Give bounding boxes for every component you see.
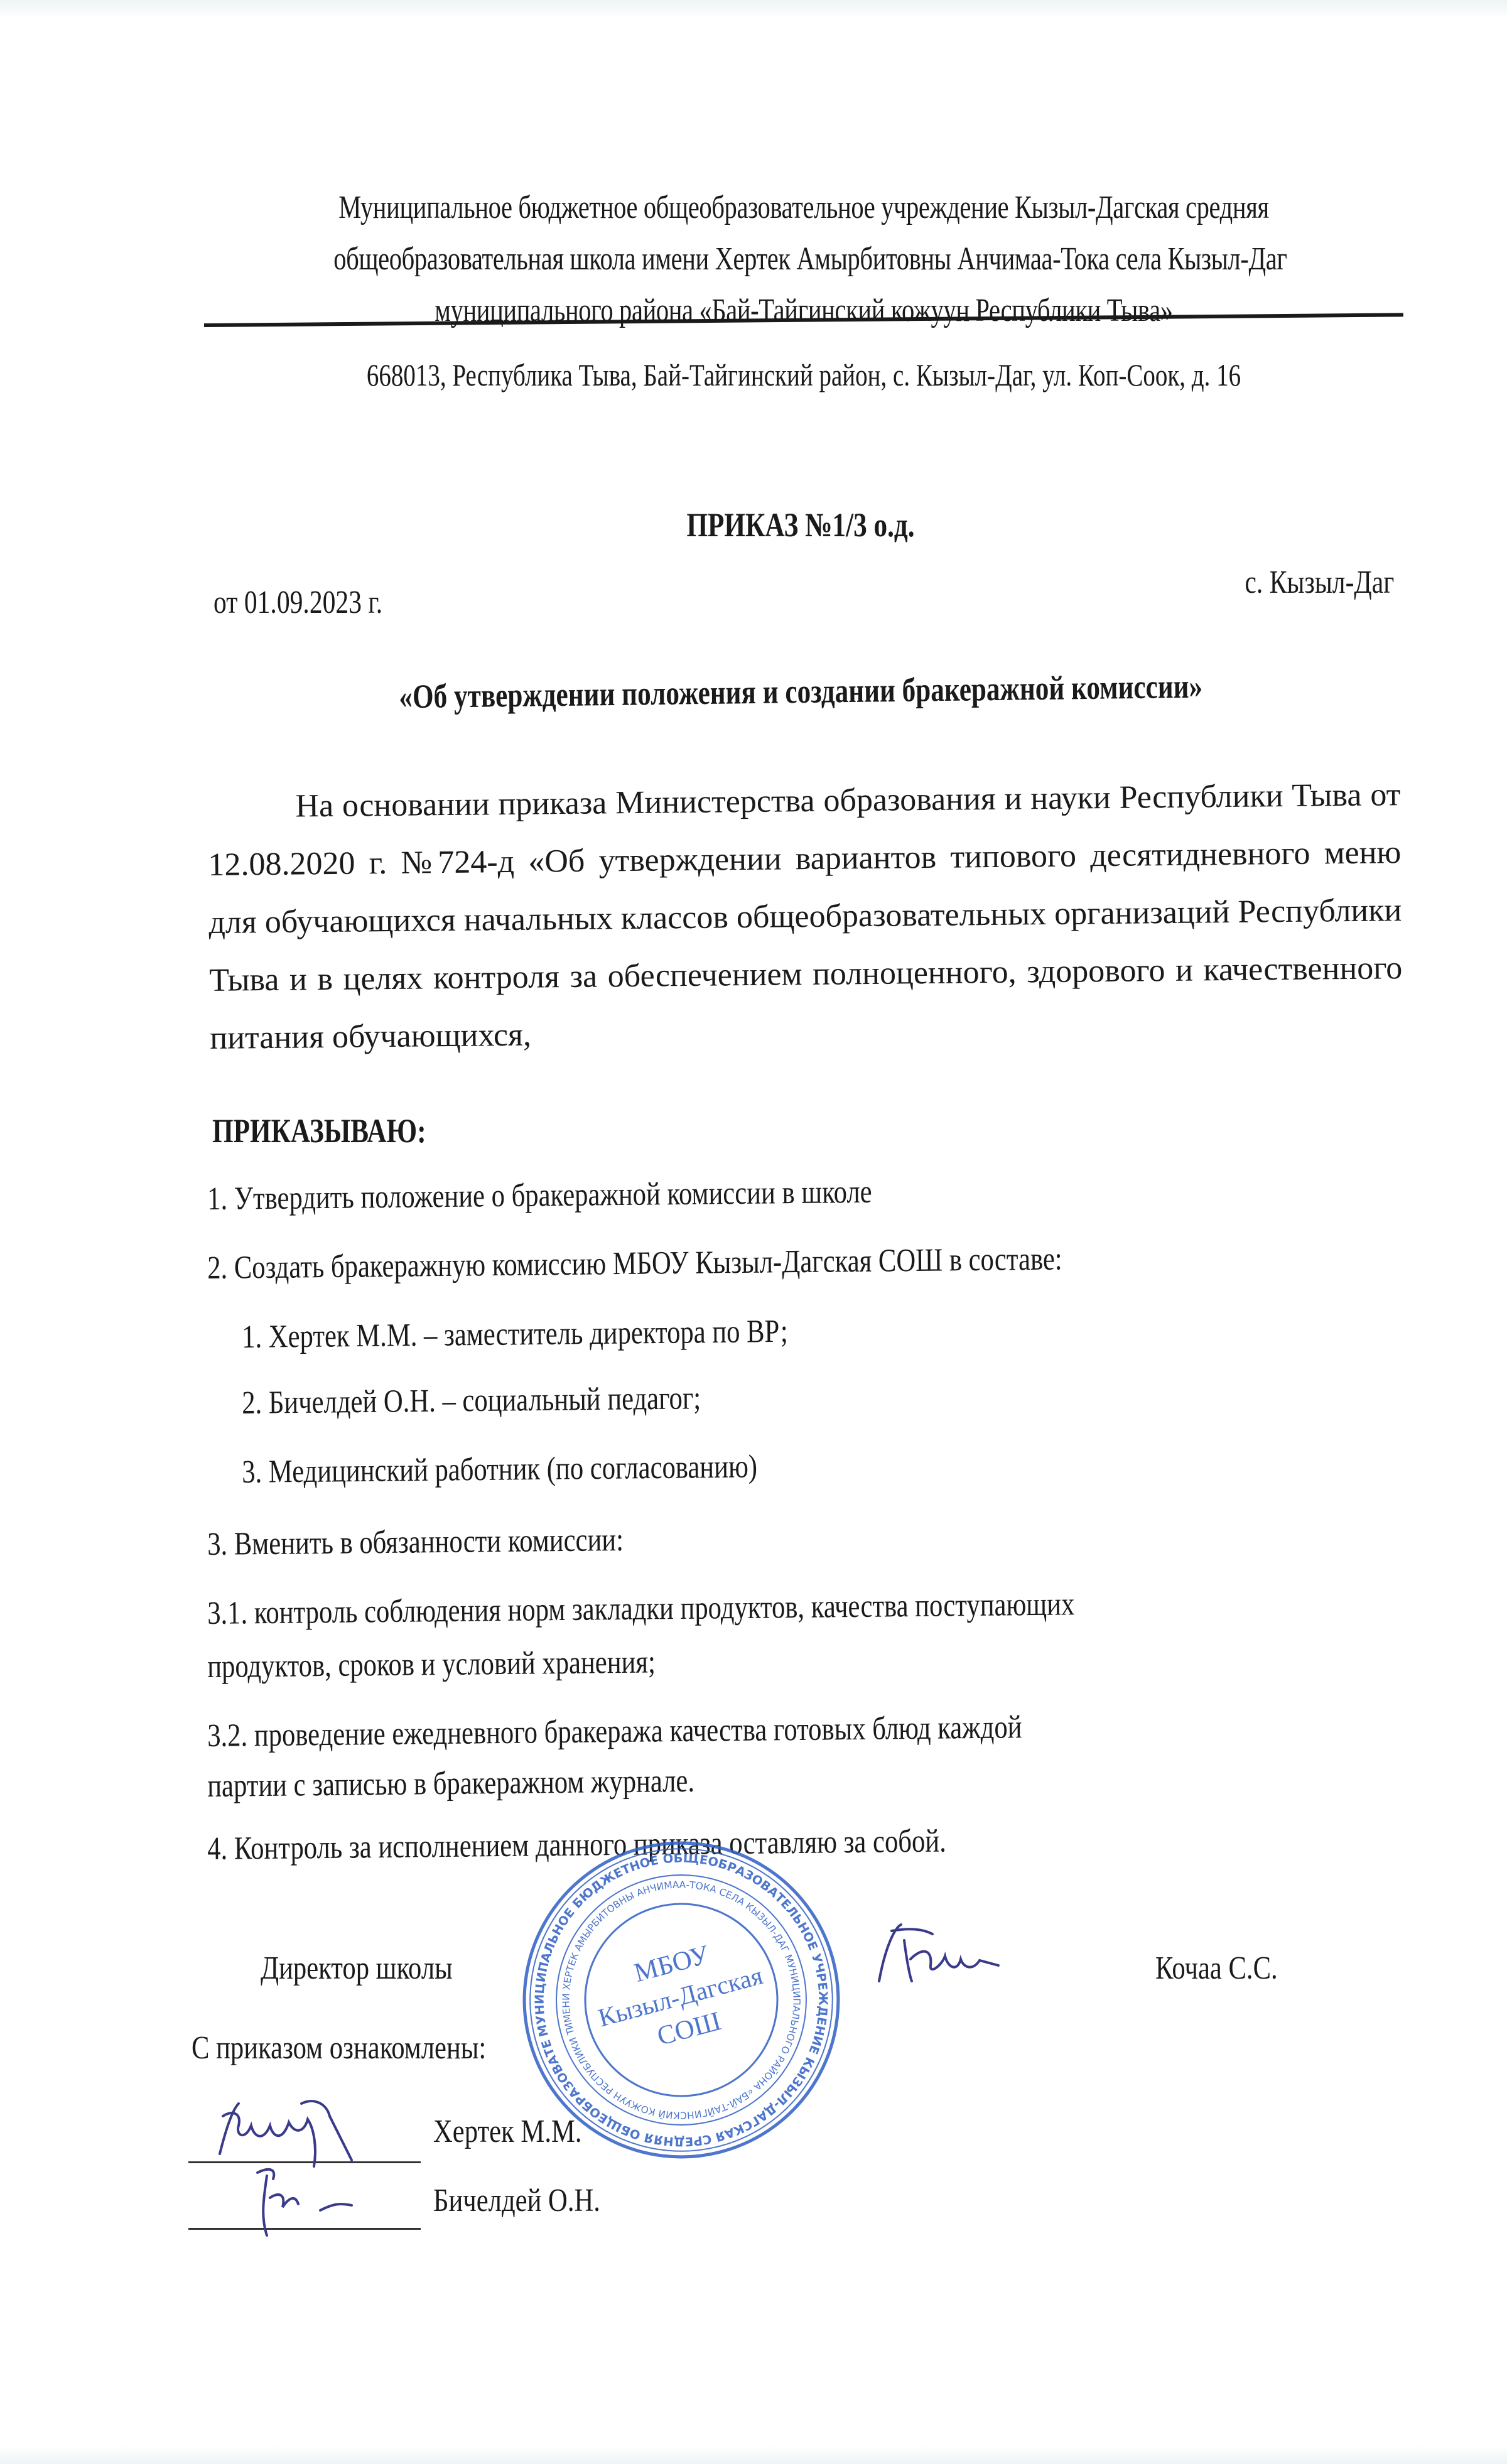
order-title: ПРИКАЗ №1/3 о.д.	[311, 505, 1290, 544]
director-label: Директор школы	[261, 1950, 453, 1987]
header-line-1: Муниципальное бюджетное общеобразователь…	[333, 182, 1274, 234]
order-item-3-2: 3.2. проведение ежедневного бракеража ка…	[207, 1709, 1022, 1754]
bicheldey-signature	[245, 2160, 370, 2245]
committee-member-2: 2. Бичелдей О.Н. – социальный педагог;	[242, 1380, 701, 1422]
committee-member-3: 3. Медицинский работник (по согласованию…	[242, 1448, 757, 1491]
order-subject: «Об утверждении положения и создании бра…	[311, 666, 1290, 717]
institution-address: 668013, Республика Тыва, Бай-Тайгинский …	[338, 357, 1269, 393]
director-name: Кочаа С.С.	[1155, 1950, 1278, 1987]
preamble-paragraph: На основании приказа Министерства образо…	[207, 766, 1403, 1067]
header-line-3: муниципального района «Бай-Тайгинский ко…	[333, 285, 1274, 337]
scan-edge-top	[0, 0, 1507, 19]
acquainted-label: С приказом ознакомлены:	[192, 2029, 486, 2067]
header-line-2: общеобразовательная школа имени Хертек А…	[333, 234, 1274, 285]
order-item-2: 2. Создать бракеражную комиссию МБОУ Кыз…	[207, 1241, 1062, 1287]
committee-member-1: 1. Хертек М.М. – заместитель директора п…	[242, 1313, 788, 1356]
institution-header: Муниципальное бюджетное общеобразователь…	[333, 182, 1274, 337]
order-item-3-1-cont: продуктов, сроков и условий хранения;	[207, 1643, 656, 1685]
directive-label: ПРИКАЗЫВАЮ:	[212, 1111, 426, 1150]
order-item-3-2-cont: партии с записью в бракеражном журнале.	[207, 1763, 694, 1805]
scan-edge-bottom	[0, 2445, 1507, 2464]
order-item-3: 3. Вменить в обязанности комиссии:	[207, 1521, 624, 1563]
order-item-3-1: 3.1. контроль соблюдения норм закладки п…	[207, 1586, 1074, 1632]
director-signature	[873, 1921, 1011, 1994]
order-item-1: 1. Утвердить положение о бракеражной ком…	[207, 1174, 872, 1218]
order-place: с. Кызыл-Даг	[1245, 564, 1394, 601]
order-date: от 01.09.2023 г.	[213, 584, 382, 621]
scanned-document-page: Муниципальное бюджетное общеобразователь…	[0, 0, 1507, 2464]
